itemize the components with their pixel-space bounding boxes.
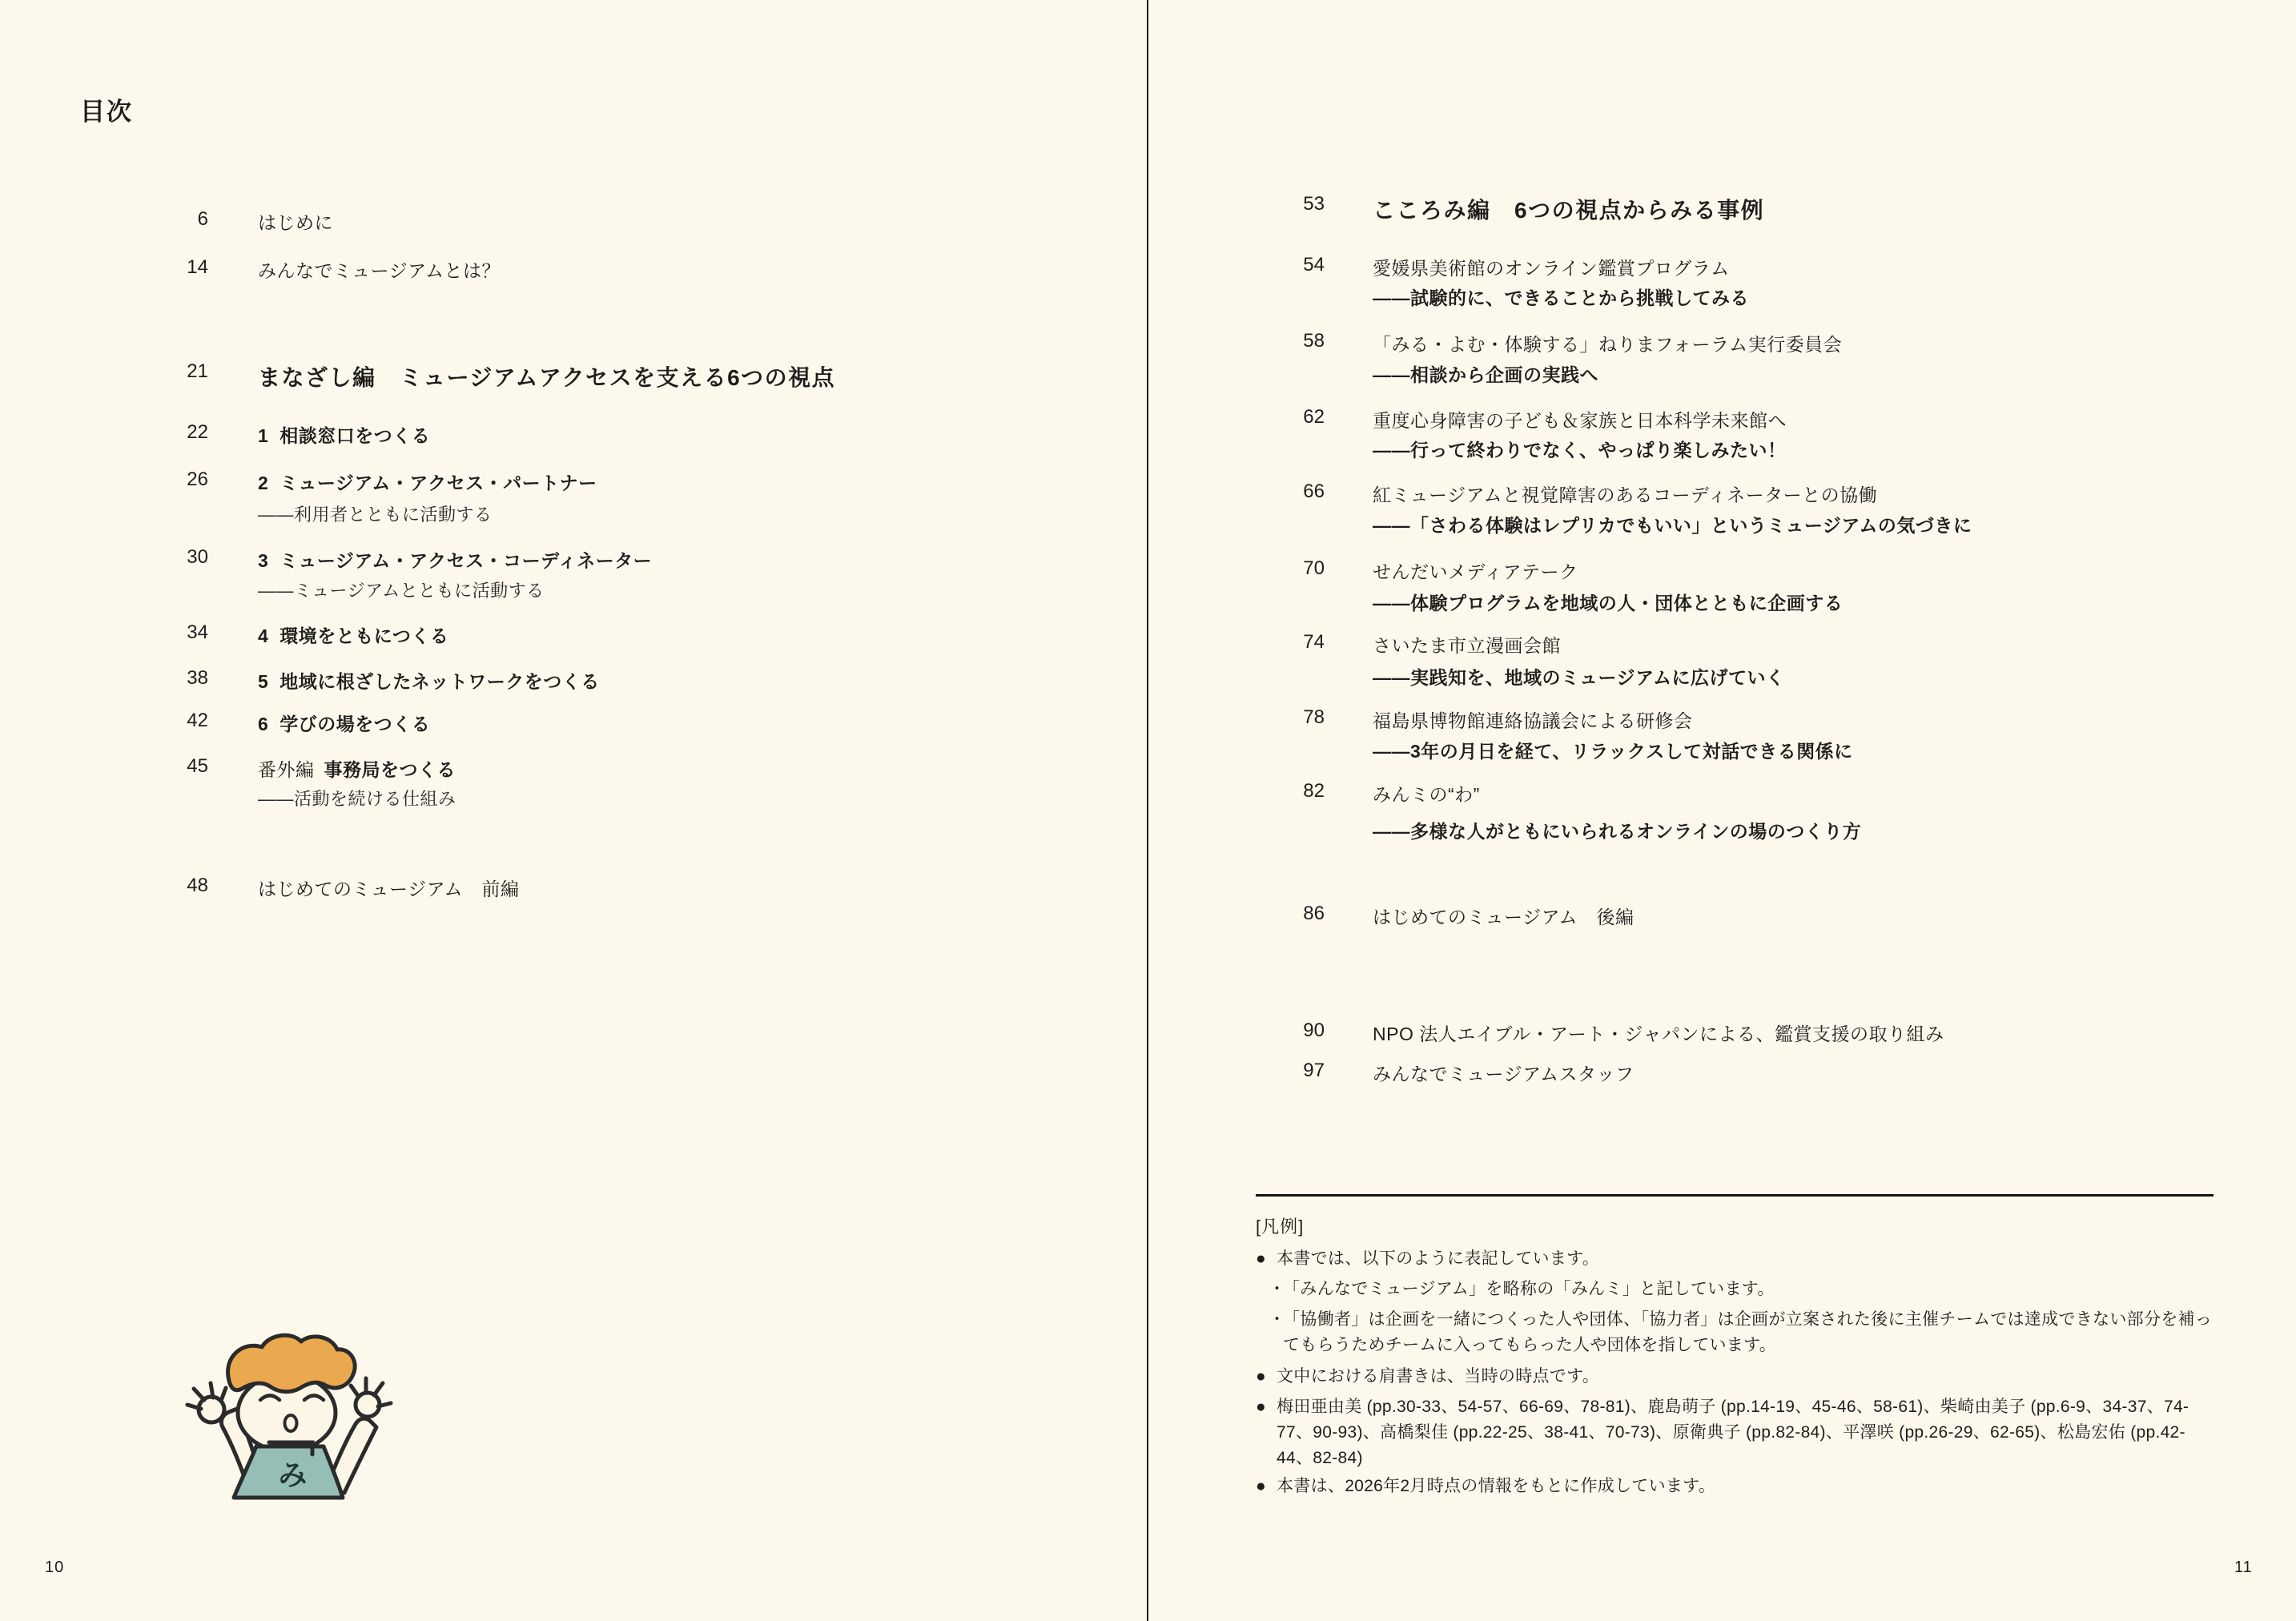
- toc-page-number: 54: [1267, 254, 1325, 276]
- legend-item: ●本書は、2026年2月時点の情報をもとに作成しています。: [1256, 1474, 2217, 1499]
- toc-page-number: 21: [151, 360, 208, 383]
- toc-entry-title: 3ミュージアム・アクセス・コーディネーター: [258, 546, 652, 573]
- page-title: 目次: [80, 91, 133, 127]
- toc-page-number: 82: [1267, 780, 1325, 802]
- toc-page-number: 26: [151, 469, 208, 491]
- page-left: 目次 6 はじめに 14 みんなでミュージアムとは？ 21 まなざし編 ミュージ…: [0, 0, 1148, 1621]
- toc-entry-text: 学びの場をつくる: [279, 714, 430, 734]
- toc-page-number: 6: [151, 208, 208, 231]
- toc-entry-text: 環境をともにつくる: [279, 625, 448, 646]
- toc-entry-title: みんなでミュージアムとは？: [258, 256, 501, 283]
- folio-right: 11: [2234, 1559, 2253, 1577]
- legend-subitem: ・「みんなでミュージアム」を略称の「みんミ」と記しています。: [1269, 1277, 2217, 1302]
- toc-entry-title: 2ミュージアム・アクセス・パートナー: [258, 469, 597, 495]
- toc-page-number: 45: [151, 755, 208, 778]
- toc-page-number: 78: [1267, 706, 1325, 729]
- bullet-icon: ●: [1256, 1394, 1266, 1420]
- toc-page-number: 97: [1267, 1060, 1325, 1082]
- toc-page-number: 53: [1267, 193, 1325, 215]
- toc-entry-title: 4環境をともにつくる: [258, 621, 448, 648]
- toc-entry-index: 5: [258, 671, 268, 692]
- toc-entry-title: はじめてのミュージアム 前編: [258, 875, 519, 901]
- bullet-icon: ●: [1256, 1246, 1266, 1272]
- toc-page-number: 22: [151, 421, 208, 444]
- toc-page-number: 70: [1267, 557, 1325, 580]
- folio-left: 10: [45, 1559, 64, 1577]
- toc-section-title: まなざし編 ミュージアムアクセスを支える6つの視点: [258, 360, 835, 392]
- toc-page-number: 90: [1267, 1020, 1325, 1042]
- dot-icon: ・: [1269, 1307, 1285, 1333]
- toc-entry-index: 2: [258, 473, 268, 493]
- toc-entry-title: 重度心身障害の子ども＆家族と日本科学未来館へ: [1373, 406, 1787, 432]
- toc-entry-index: 1: [258, 425, 268, 446]
- toc-entry-title: せんだいメディアテーク: [1373, 557, 1578, 584]
- book-spread: 目次 6 はじめに 14 みんなでミュージアムとは？ 21 まなざし編 ミュージ…: [0, 0, 2296, 1621]
- toc-entry-text: ミュージアム・アクセス・パートナー: [279, 473, 597, 493]
- bullet-icon: ●: [1256, 1364, 1266, 1390]
- legend-title: [凡例]: [1256, 1213, 1304, 1238]
- legend-item: ●梅田亜由美 (pp.30-33、54-57、66-69、78-81)、鹿島萌子…: [1256, 1394, 2217, 1471]
- toc-entry-title: 福島県博物館連絡協議会による研修会: [1373, 706, 1693, 733]
- toc-entry-title: みんミの“わ”: [1373, 780, 1480, 806]
- toc-page-number: 86: [1267, 903, 1325, 925]
- toc-entry-title: 6学びの場をつくる: [258, 710, 430, 736]
- page-right: 53 こころみ編 6つの視点からみる事例 54 愛媛県美術館のオンライン鑑賞プロ…: [1148, 0, 2296, 1621]
- toc-entry-title: 紅ミュージアムと視覚障害のあるコーディネーターとの協働: [1373, 481, 1877, 507]
- toc-entry-text: 地域に根ざしたネットワークをつくる: [279, 671, 600, 692]
- toc-page-number: 14: [151, 256, 208, 279]
- toc-entry-title: はじめに: [258, 208, 333, 235]
- toc-entry-index: 4: [258, 625, 268, 646]
- toc-entry-title: 番外編事務局をつくる: [258, 755, 456, 782]
- toc-entry-text: 相談窓口をつくる: [279, 425, 430, 446]
- toc-page-number: 30: [151, 546, 208, 569]
- toc-entry-title: 愛媛県美術館のオンライン鑑賞プログラム: [1373, 254, 1730, 280]
- toc-page-number: 62: [1267, 406, 1325, 428]
- toc-entry-text: ミュージアム・アクセス・コーディネーター: [279, 550, 652, 571]
- legend-item: ●文中における肩書きは、当時の時点です。: [1256, 1364, 2217, 1390]
- toc-entry-index: 番外編: [258, 759, 315, 780]
- toc-entry-title: 1相談窓口をつくる: [258, 421, 430, 448]
- dot-icon: ・: [1269, 1277, 1285, 1302]
- toc-entry-text: 事務局をつくる: [324, 759, 456, 780]
- toc-entry-title: みんなでミュージアムスタッフ: [1373, 1060, 1634, 1086]
- mascot-illustration: み: [179, 1328, 397, 1509]
- toc-page-number: 74: [1267, 631, 1325, 654]
- legend-divider-rule: [1256, 1194, 2214, 1197]
- legend-subitem: ・「協働者」は企画を一緒につくった人や団体、「協力者」は企画が立案された後に主催…: [1269, 1307, 2217, 1358]
- mascot-hair: [228, 1335, 356, 1391]
- toc-page-number: 42: [151, 710, 208, 732]
- toc-entry-title: はじめてのミュージアム 後編: [1373, 903, 1634, 929]
- toc-section-title: こころみ編 6つの視点からみる事例: [1373, 193, 1764, 225]
- toc-page-number: 58: [1267, 330, 1325, 352]
- toc-page-number: 66: [1267, 481, 1325, 503]
- toc-entry-index: 6: [258, 714, 268, 734]
- bullet-icon: ●: [1256, 1474, 1266, 1499]
- toc-entry-index: 3: [258, 550, 268, 571]
- toc-entry-title: NPO 法人エイブル・アート・ジャパンによる、鑑賞支援の取り組み: [1373, 1020, 1944, 1046]
- toc-entry-title: 「みる・よむ・体験する」ねりまフォーラム実行委員会: [1373, 330, 1842, 356]
- mascot-mouth: [285, 1415, 297, 1431]
- toc-entry-title: さいたま市立漫画会館: [1373, 631, 1561, 658]
- toc-entry-title: 5地域に根ざしたネットワークをつくる: [258, 667, 600, 694]
- toc-page-number: 34: [151, 621, 208, 644]
- toc-page-number: 38: [151, 667, 208, 690]
- legend-item: ●本書では、以下のように表記しています。: [1256, 1246, 2217, 1272]
- mascot-apron-letter: み: [277, 1457, 309, 1493]
- toc-page-number: 48: [151, 875, 208, 897]
